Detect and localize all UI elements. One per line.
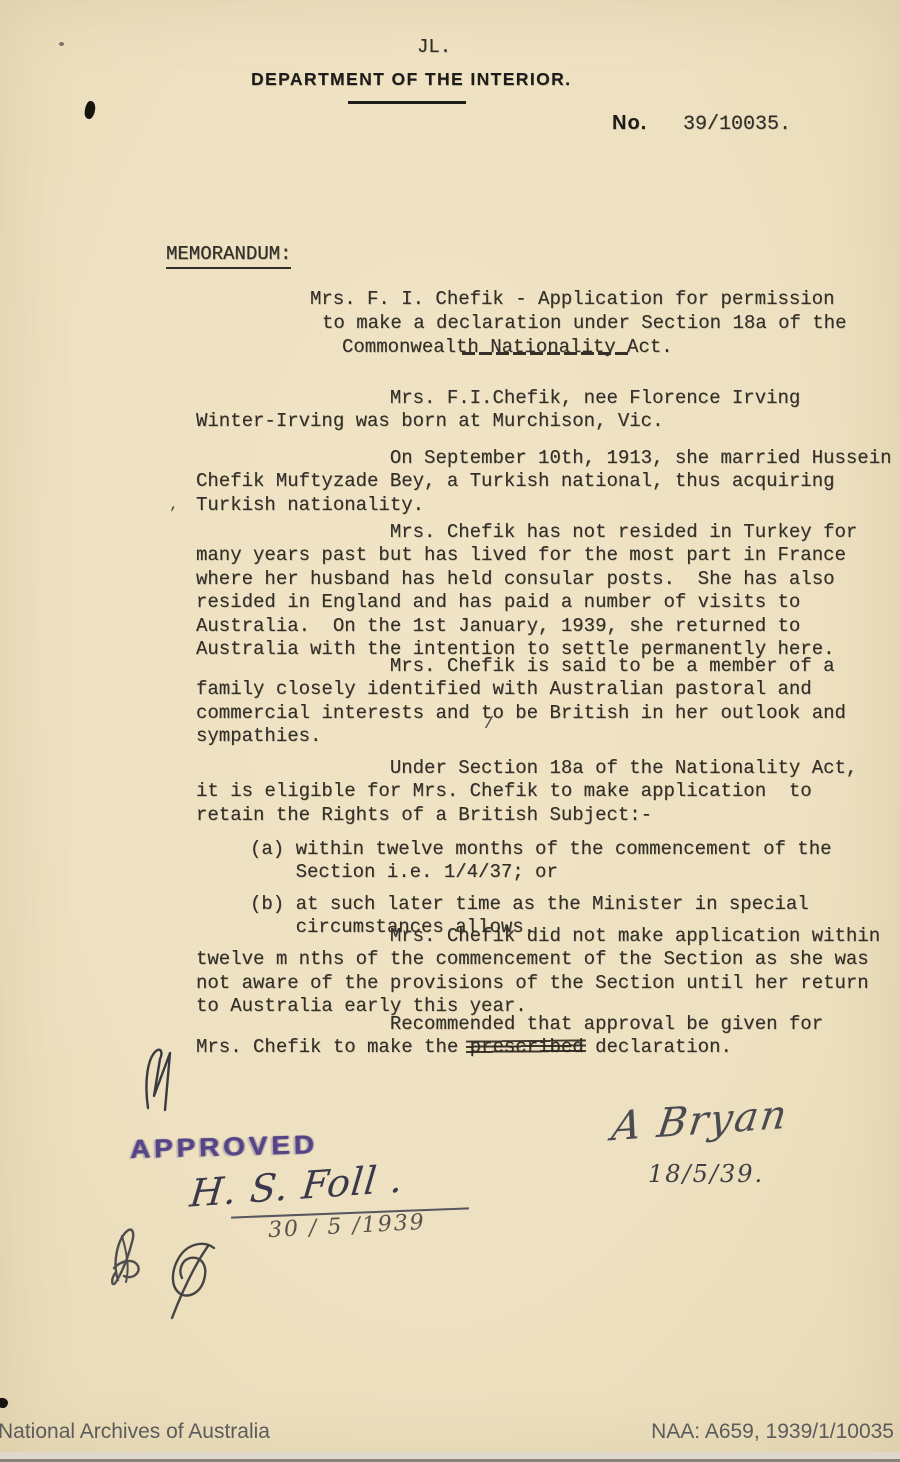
secretary-initials-mark	[86, 1222, 236, 1322]
title-rule	[348, 101, 466, 104]
paragraph-4: Mrs. Chefik is said to be a member of a …	[196, 655, 846, 749]
list-item-a: (a) within twelve months of the commence…	[250, 838, 832, 885]
approved-stamp: APPROVED	[130, 1129, 319, 1165]
paragraph-6: Mrs. Chefik did not make application wit…	[196, 925, 880, 1019]
file-number-value: 39/10035.	[683, 113, 791, 136]
memorandum-document: ’ / JL. DEPARTMENT OF THE INTERIOR. No. …	[0, 0, 900, 1462]
archive-name: National Archives of Australia	[0, 1420, 270, 1444]
strikethrough-overlay	[466, 1039, 586, 1055]
author-date: 18/5/39.	[648, 1160, 764, 1188]
author-signature: A Bryan	[609, 1092, 791, 1151]
subject-line-2: to make a declaration under Section 18a …	[322, 312, 847, 335]
paragraph-3: Mrs. Chefik has not resided in Turkey fo…	[196, 521, 857, 661]
paper-speck	[59, 42, 64, 46]
ink-blot	[84, 100, 97, 119]
paragraph-2: On September 10th, 1913, she married Hus…	[196, 447, 892, 517]
paragraph-1: Mrs. F.I.Chefik, nee Florence Irving Win…	[196, 387, 800, 434]
file-number-label: No.	[612, 112, 647, 135]
paragraph-5: Under Section 18a of the Nationality Act…	[196, 757, 857, 827]
scan-edge-mark	[0, 1397, 9, 1409]
pen-initial-mark	[139, 1044, 181, 1116]
department-title: DEPARTMENT OF THE INTERIOR.	[251, 69, 571, 90]
subject-line-1: Mrs. F. I. Chefik - Application for perm…	[310, 288, 835, 311]
subject-line-3: Commonwealth Nationality Act.	[342, 336, 673, 359]
subject-rule	[462, 352, 632, 355]
memorandum-heading: MEMORANDUM:	[166, 243, 291, 269]
approver-signature: H. S. Foll .	[188, 1156, 406, 1215]
stray-apostrophe: ’	[168, 505, 178, 523]
archive-reference: NAA: A659, 1939/1/10035	[651, 1420, 894, 1444]
reference-initials: JL.	[417, 36, 451, 59]
